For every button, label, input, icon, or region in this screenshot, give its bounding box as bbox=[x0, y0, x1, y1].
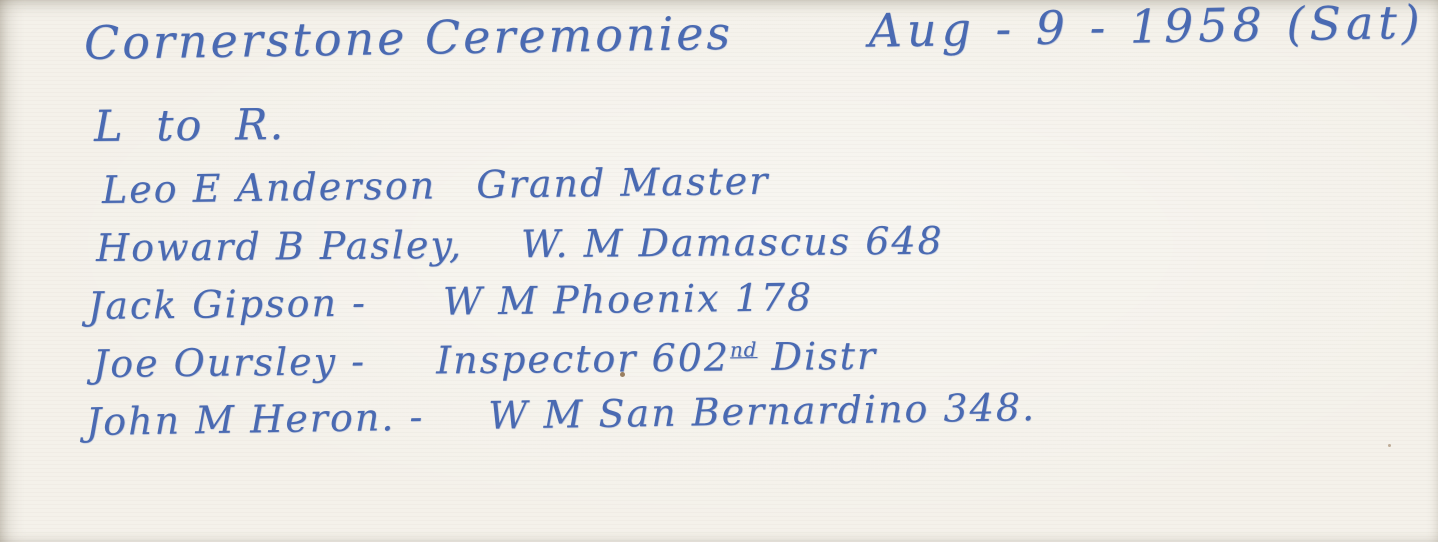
person-role: W M Phoenix 178 bbox=[443, 275, 814, 324]
person-line: John M Heron. - W M San Bernardino 348. bbox=[86, 385, 1037, 444]
paper-speck bbox=[1388, 444, 1391, 447]
title-text: Cornerstone Ceremonies bbox=[84, 6, 734, 70]
ordinal-suffix: nd bbox=[730, 338, 758, 361]
paper-speck bbox=[620, 372, 625, 377]
person-line: Leo E Anderson Grand Master bbox=[102, 159, 770, 212]
person-name: Howard B Pasley, bbox=[96, 223, 463, 270]
person-name: Leo E Anderson bbox=[102, 163, 437, 212]
role-suffix: Distr bbox=[757, 334, 877, 379]
person-name: John M Heron. - bbox=[86, 395, 425, 444]
person-role: W. M Damascus 648 bbox=[521, 219, 944, 267]
person-name: Joe Oursley - bbox=[93, 339, 366, 386]
person-line: Jack Gipson - W M Phoenix 178 bbox=[88, 275, 814, 328]
orientation-label: L to R. bbox=[94, 100, 286, 152]
person-line: Howard B Pasley, W. M Damascus 648 bbox=[96, 219, 944, 270]
person-role: Grand Master bbox=[476, 159, 770, 207]
person-role: Inspector 602nd Distr bbox=[436, 334, 877, 383]
person-line: Joe Oursley - Inspector 602nd Distr bbox=[93, 334, 878, 386]
title-line: Cornerstone Ceremonies Aug - 9 - 1958 (S… bbox=[84, 0, 1426, 70]
person-role: W M San Bernardino 348. bbox=[488, 385, 1036, 438]
orientation-line: L to R. bbox=[94, 100, 286, 152]
role-prefix: Inspector 602 bbox=[436, 335, 730, 382]
handwritten-photo-caption: Cornerstone Ceremonies Aug - 9 - 1958 (S… bbox=[0, 0, 1438, 542]
date-text: Aug - 9 - 1958 (Sat) bbox=[868, 0, 1425, 58]
person-name: Jack Gipson - bbox=[88, 281, 367, 328]
